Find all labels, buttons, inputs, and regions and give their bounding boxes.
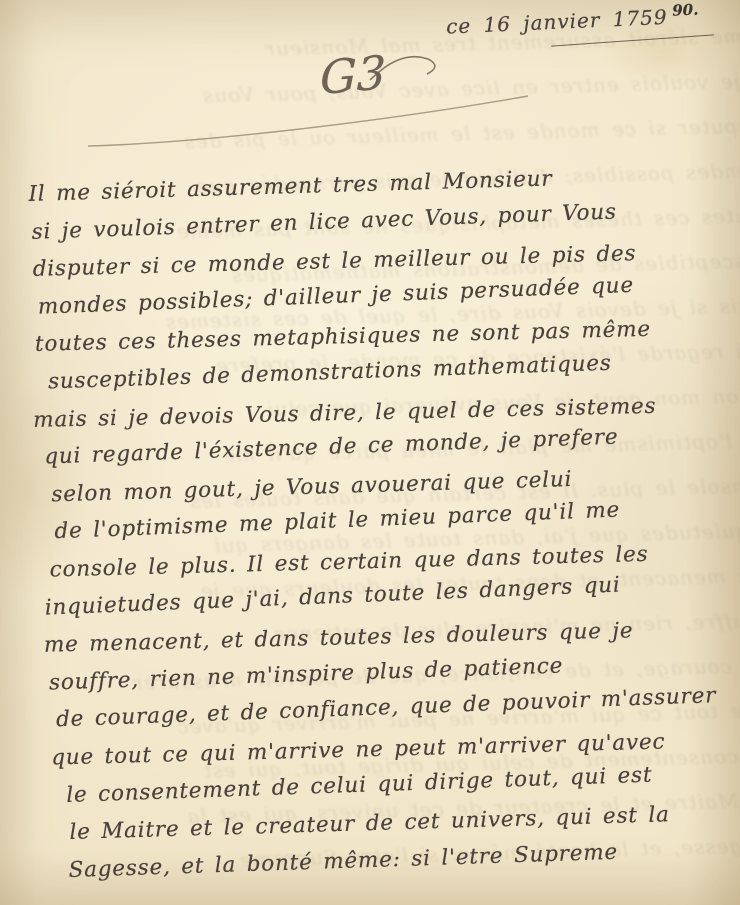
- date-line: ce 16 janvier 175990.: [446, 1, 700, 39]
- date-underline: [551, 34, 714, 46]
- date-text: ce 16 janvier 1759: [446, 5, 668, 39]
- showthrough-line: disputer si ce monde est le meilleur ou …: [0, 113, 740, 159]
- monogram: G3: [320, 45, 387, 105]
- letter-body: Il me siéroit assurement tres mal Monsie…: [26, 155, 740, 890]
- archive-number: 90.: [672, 1, 699, 20]
- letter-page: Il me siéroit assurement tres mal Monsie…: [0, 0, 740, 905]
- pen-stroke-long: [88, 96, 528, 146]
